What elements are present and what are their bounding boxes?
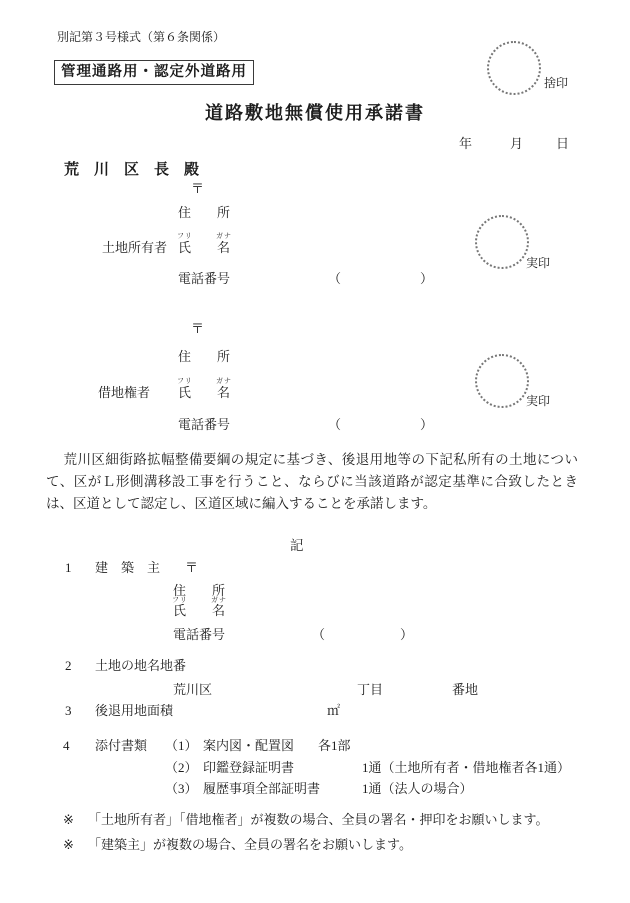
furigana-label: ガナ	[216, 232, 232, 240]
ward-label: 荒川区	[173, 683, 212, 698]
note-text: 「土地所有者」「借地権者」が複数の場合、全員の署名・押印をお願いします。	[88, 813, 548, 828]
attachment-name: 印鑑登録証明書	[203, 761, 294, 776]
sute-in-seal-circle	[487, 41, 541, 95]
item1-label: 建 築 主	[95, 561, 160, 576]
jitsu-in-seal-circle-leaseholder	[475, 354, 529, 408]
item-number: 3	[65, 704, 72, 719]
name-label: 氏 名	[173, 604, 225, 619]
attachment-qty: 各1部	[318, 739, 351, 754]
name-label: 氏 名	[178, 386, 230, 401]
furigana-label: ガナ	[216, 377, 232, 385]
furigana-label: フリ	[177, 377, 193, 385]
item2-label: 土地の地名地番	[95, 659, 186, 674]
phone-label: 電話番号	[173, 628, 225, 643]
address-label: 住 所	[178, 350, 230, 365]
item-number: 1	[65, 561, 72, 576]
furigana-label: フリ	[177, 232, 193, 240]
postal-mark: 〒	[185, 561, 198, 576]
postal-mark: 〒	[191, 182, 204, 197]
phone-paren-open: （	[312, 628, 325, 643]
item-number: 4	[63, 739, 70, 754]
attachment-qty: 1通（法人の場合）	[362, 782, 473, 797]
addressee: 荒 川 区 長 殿	[64, 162, 199, 179]
item3-label: 後退用地面積	[95, 704, 173, 719]
party-role-landowner: 土地所有者	[102, 241, 167, 256]
page-title: 道路敷地無償使用承諾書	[0, 103, 630, 124]
document-page: 別記第３号様式（第６条関係） 管理通路用・認定外道路用 捨印 道路敷地無償使用承…	[0, 0, 630, 903]
chome-label: 丁目	[357, 683, 383, 698]
usage-category-box: 管理通路用・認定外道路用	[54, 60, 254, 85]
item4-label: 添付書類	[95, 739, 147, 754]
note-text: 「建築主」が複数の場合、全員の署名をお願いします。	[88, 838, 412, 853]
party-role-leaseholder: 借地権者	[98, 386, 150, 401]
record-heading: 記	[290, 538, 304, 554]
jitsu-in-seal-label: 実印	[526, 395, 550, 409]
attachment-qty: 1通（土地所有者・借地権者各1通）	[362, 761, 570, 776]
date-year-label: 年	[459, 137, 472, 152]
sute-in-seal-label: 捨印	[544, 77, 568, 91]
postal-mark: 〒	[191, 322, 204, 337]
attachment-no: （2）	[165, 761, 198, 776]
jitsu-in-seal-label: 実印	[526, 257, 550, 271]
phone-label: 電話番号	[178, 418, 230, 433]
phone-paren-close: ）	[420, 272, 433, 287]
attachment-name: 履歴事項全部証明書	[203, 782, 320, 797]
jitsu-in-seal-circle-landowner	[475, 215, 529, 269]
phone-label: 電話番号	[178, 272, 230, 287]
area-unit-label: ㎡	[327, 704, 340, 719]
phone-paren-close: ）	[420, 418, 433, 433]
date-day-label: 日	[556, 137, 569, 152]
name-label: 氏 名	[178, 241, 230, 256]
phone-paren-close: ）	[400, 628, 413, 643]
attachment-no: （3）	[165, 782, 198, 797]
banchi-label: 番地	[452, 683, 478, 698]
address-label: 住 所	[178, 206, 230, 221]
phone-paren-open: （	[328, 272, 341, 287]
note-marker: ※	[63, 838, 74, 853]
note-marker: ※	[63, 813, 74, 828]
consent-paragraph: 荒川区細街路拡幅整備要綱の規定に基づき、後退用地等の下記私所有の土地について、区…	[46, 449, 578, 515]
phone-paren-open: （	[328, 418, 341, 433]
form-code: 別記第３号様式（第６条関係）	[57, 31, 225, 45]
attachment-no: （1）	[165, 739, 198, 754]
item-number: 2	[65, 659, 72, 674]
attachment-name: 案内図・配置図	[203, 739, 294, 754]
date-month-label: 月	[510, 137, 523, 152]
